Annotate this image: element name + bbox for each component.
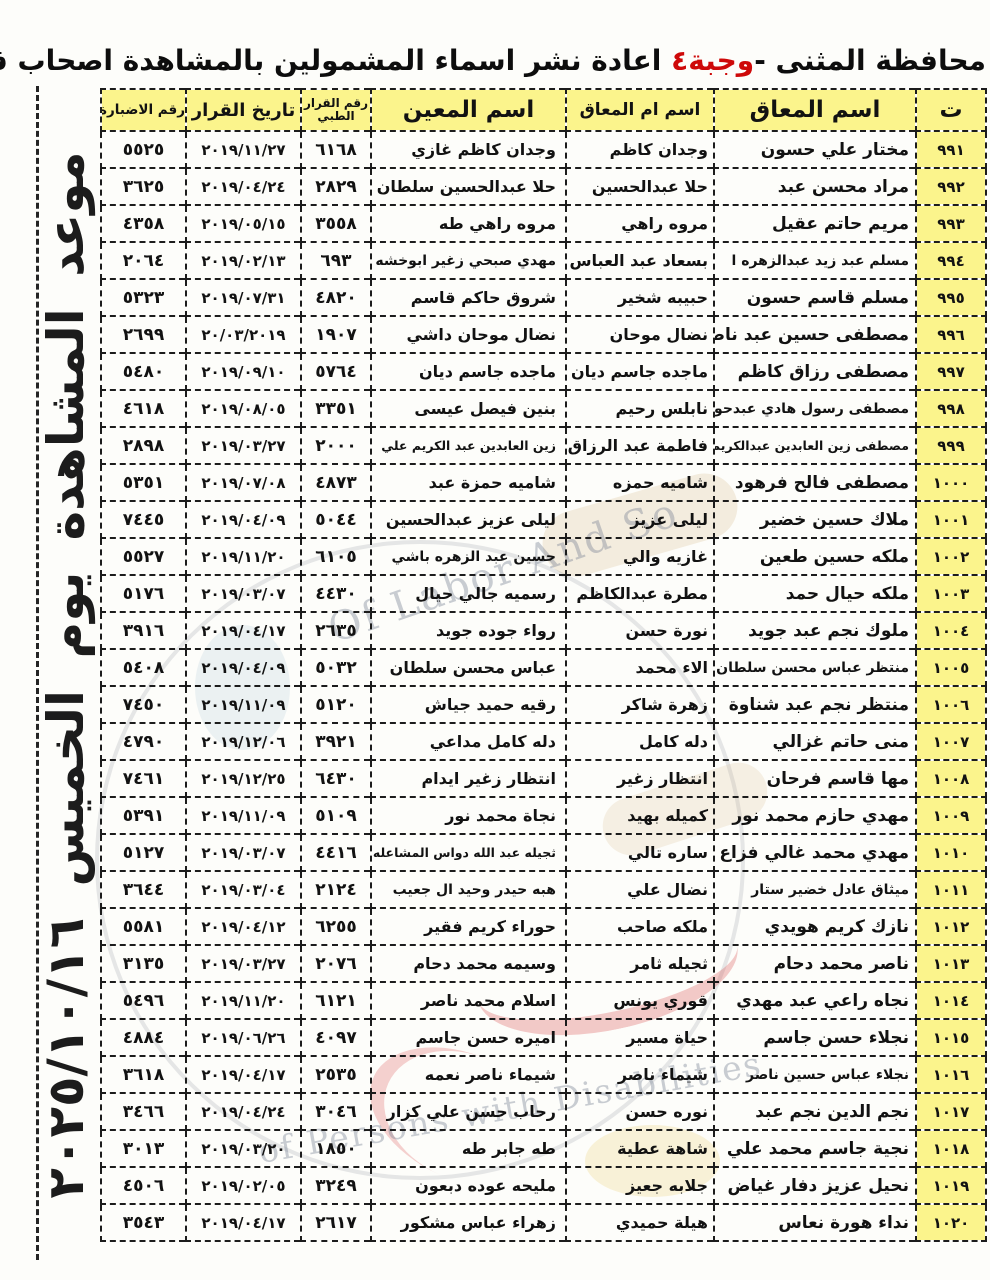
table-row: ٩٩٥مسلم قاسم حسونحبيبه شخيرشروق حاكم قاس… [101, 279, 986, 316]
row-number-cell: ١٠٠١ [916, 501, 986, 538]
decision-date-cell: ٢٠١٩/١١/٠٩ [186, 797, 301, 834]
disabled-name-cell: مهدي حازم محمد نور [714, 797, 916, 834]
caregiver-name-cell: وجدان كاظم غازي [371, 131, 566, 168]
mother-name-cell: نضال موحان [566, 316, 714, 353]
row-number-cell: ٩٩٣ [916, 205, 986, 242]
mother-name-cell: نضال علي [566, 871, 714, 908]
table-row: ١٠٠٦منتظر نجم عبد شناوةزهرة شاكررقيه حمي… [101, 686, 986, 723]
mother-name-cell: بسعاد عبد العباس [566, 242, 714, 279]
disabled-name-cell: ملاك حسين خضير [714, 501, 916, 538]
mother-name-cell: هيلة حميدي [566, 1204, 714, 1241]
caregiver-name-cell: مليحه عوده دبعون [371, 1167, 566, 1204]
decision-number-cell: ٤٤١٦ [301, 834, 371, 871]
decision-date-cell: ٢٠١٩/١٢/٠٦ [186, 723, 301, 760]
decision-date-cell: ٢٠١٩/٠٨/٠٥ [186, 390, 301, 427]
caregiver-name-cell: اميره حسن جاسم [371, 1019, 566, 1056]
table-header-row: ت اسم المعاق اسم ام المعاق اسم المعين رق… [101, 89, 986, 131]
table-row: ١٠٠٨مها قاسم فرحانانتظار زغيرانتظار زغير… [101, 760, 986, 797]
decision-date-cell: ٢٠١٩/٠٢/٠٥ [186, 1167, 301, 1204]
beneficiaries-table: ت اسم المعاق اسم ام المعاق اسم المعين رق… [100, 88, 987, 1242]
mother-name-cell: مطرة عبدالكاظم [566, 575, 714, 612]
table-row: ١٠١٩نحيل عزيز دفار غياضجلابه جعيزمليحه ع… [101, 1167, 986, 1204]
disabled-name-cell: مصطفى رسول هادي عبدحورا [714, 390, 916, 427]
decision-number-cell: ٣٥٥٨ [301, 205, 371, 242]
row-number-cell: ١٠١٧ [916, 1093, 986, 1130]
disabled-name-cell: ملوك نجم عبد جويد [714, 612, 916, 649]
row-number-cell: ١٠١٥ [916, 1019, 986, 1056]
file-number-cell: ٥٤٠٨ [101, 649, 186, 686]
decision-number-cell: ٢٨٢٩ [301, 168, 371, 205]
decision-date-cell: ٢٠١٩/٠٤/٢٤ [186, 168, 301, 205]
row-number-cell: ١٠٠٤ [916, 612, 986, 649]
column-header-caregiver-name: اسم المعين [371, 89, 566, 131]
decision-date-cell: ٢٠١٩/٠٧/٣١ [186, 279, 301, 316]
disabled-name-cell: منى حاتم غزالي [714, 723, 916, 760]
file-number-cell: ٧٤٦١ [101, 760, 186, 797]
disabled-name-cell: ملكه حيال حمد [714, 575, 916, 612]
row-number-cell: ٩٩٨ [916, 390, 986, 427]
column-header-decision-date: تاريخ القرار [186, 89, 301, 131]
file-number-cell: ٢٦٩٩ [101, 316, 186, 353]
file-number-cell: ٥٣٩١ [101, 797, 186, 834]
caregiver-name-cell: ليلى عزيز عبدالحسين [371, 501, 566, 538]
disabled-name-cell: منتظر نجم عبد شناوة [714, 686, 916, 723]
caregiver-name-cell: رواء جوده جويد [371, 612, 566, 649]
caregiver-name-cell: اسلام محمد ناصر [371, 982, 566, 1019]
decision-number-cell: ٦١٠٥ [301, 538, 371, 575]
disabled-name-cell: مختار علي حسون [714, 131, 916, 168]
mother-name-cell: حبيبه شخير [566, 279, 714, 316]
row-number-cell: ٩٩٢ [916, 168, 986, 205]
table-row: ١٠١٥نجلاء حسن جاسمحياة مسيراميره حسن جاس… [101, 1019, 986, 1056]
decision-date-cell: ٢٠١٩/٠٤/٠٩ [186, 649, 301, 686]
file-number-cell: ٧٤٥٠ [101, 686, 186, 723]
decision-number-cell: ٦٩٣ [301, 242, 371, 279]
row-number-cell: ١٠١٦ [916, 1056, 986, 1093]
disabled-name-cell: نجاه راعي عبد مهدي [714, 982, 916, 1019]
mother-name-cell: ليلى عزيز [566, 501, 714, 538]
caregiver-name-cell: زين العابدين عبد الكريم علي [371, 427, 566, 464]
file-number-cell: ٤٦١٨ [101, 390, 186, 427]
mother-name-cell: شاميه حمزه [566, 464, 714, 501]
decision-date-cell: ٢٠/٠٣/٢٠١٩ [186, 316, 301, 353]
table-row: ٩٩٤مسلم عبد زيد عبدالزهره ابسعاد عبد الع… [101, 242, 986, 279]
table-row: ٩٩٩مصطفى زين العابدين عبدالكريمفاطمة عبد… [101, 427, 986, 464]
caregiver-name-cell: عباس محسن سلطان [371, 649, 566, 686]
caregiver-name-cell: مروه راهي طه [371, 205, 566, 242]
decision-number-cell: ٢٠٧٦ [301, 945, 371, 982]
mother-name-cell: نابلس رحيم [566, 390, 714, 427]
row-number-cell: ٩٩٧ [916, 353, 986, 390]
mother-name-cell: ثجيله ثامر [566, 945, 714, 982]
mother-name-cell: حلا عبدالحسين [566, 168, 714, 205]
mother-name-cell: ساره تالي [566, 834, 714, 871]
decision-number-cell: ٣٣٥١ [301, 390, 371, 427]
table-row: ١٠١٦نجلاء عباس حسين ناصرشيماء ناصرشيماء … [101, 1056, 986, 1093]
decision-number-cell: ٥١٢٠ [301, 686, 371, 723]
decision-number-cell: ٥٠٣٢ [301, 649, 371, 686]
table-row: ١٠٠٣ملكه حيال حمدمطرة عبدالكاظمرسميه جال… [101, 575, 986, 612]
disabled-name-cell: مها قاسم فرحان [714, 760, 916, 797]
decision-number-cell: ٣٩٢١ [301, 723, 371, 760]
table-row: ٩٩٨مصطفى رسول هادي عبدحورانابلس رحيمبنين… [101, 390, 986, 427]
decision-number-cell: ١٩٠٧ [301, 316, 371, 353]
table-row: ١٠٠٩مهدي حازم محمد نوركميله بهيدنجاة محم… [101, 797, 986, 834]
disabled-name-cell: نجلاء حسن جاسم [714, 1019, 916, 1056]
mother-name-cell: حياة مسير [566, 1019, 714, 1056]
decision-number-cell: ١٨٥٠ [301, 1130, 371, 1167]
caregiver-name-cell: زهراء عباس مشكور [371, 1204, 566, 1241]
row-number-cell: ١٠١٤ [916, 982, 986, 1019]
row-number-cell: ١٠٠٣ [916, 575, 986, 612]
table-row: ١٠٠٥منتظر عباس محسن سلطانالاء محمدعباس م… [101, 649, 986, 686]
caregiver-name-cell: دله كامل مداعي [371, 723, 566, 760]
caregiver-name-cell: هبه حيدر وحيد ال جعيب [371, 871, 566, 908]
decision-number-cell: ٢١٢٤ [301, 871, 371, 908]
decision-number-cell: ٣٢٤٩ [301, 1167, 371, 1204]
table-row: ٩٩٧مصطفى رزاق كاظمماجده جاسم ديانماجده ج… [101, 353, 986, 390]
decision-date-cell: ٢٠١٩/٠٣/٢٠ [186, 1130, 301, 1167]
decision-number-cell: ٥٧٦٤ [301, 353, 371, 390]
decision-date-cell: ٢٠١٩/٠٣/٢٧ [186, 427, 301, 464]
decision-date-cell: ٢٠١٩/٠٣/٠٧ [186, 834, 301, 871]
caregiver-name-cell: بنين فيصل عيسى [371, 390, 566, 427]
mother-name-cell: كميله بهيد [566, 797, 714, 834]
caregiver-name-cell: ماجده جاسم ديان [371, 353, 566, 390]
file-number-cell: ٣٦١٨ [101, 1056, 186, 1093]
decision-number-cell: ٢٠٠٠ [301, 427, 371, 464]
table-row: ١٠٠٢ملكه حسين طعينغازيه واليحسين عبد الز… [101, 538, 986, 575]
file-number-cell: ٥٣٥١ [101, 464, 186, 501]
file-number-cell: ٣٠١٣ [101, 1130, 186, 1167]
mother-name-cell: فاطمة عبد الرزاق [566, 427, 714, 464]
disabled-name-cell: نجم الدين نجم عبد [714, 1093, 916, 1130]
table-row: ١٠٠١ملاك حسين خضيرليلى عزيزليلى عزيز عبد… [101, 501, 986, 538]
disabled-name-cell: مسلم عبد زيد عبدالزهره ا [714, 242, 916, 279]
column-header-disabled-name: اسم المعاق [714, 89, 916, 131]
row-number-cell: ١٠٢٠ [916, 1204, 986, 1241]
table-row: ٩٩٣مريم حاتم عقيلمروه راهيمروه راهي طه٣٥… [101, 205, 986, 242]
decision-date-cell: ٢٠١٩/٠٤/٢٤ [186, 1093, 301, 1130]
caregiver-name-cell: رسميه جالي حيال [371, 575, 566, 612]
file-number-cell: ٣٤٦٦ [101, 1093, 186, 1130]
decision-number-cell: ٢٥٣٥ [301, 1056, 371, 1093]
caregiver-name-cell: رقيه حميد جياش [371, 686, 566, 723]
disabled-name-cell: مصطفى رزاق كاظم [714, 353, 916, 390]
caregiver-name-cell: حلا عبدالحسين سلطان [371, 168, 566, 205]
decision-date-cell: ٢٠١٩/١١/٠٩ [186, 686, 301, 723]
disabled-name-cell: منتظر عباس محسن سلطان [714, 649, 916, 686]
table-row: ١٠١٣ناصر محمد دحامثجيله ثامروسيمه محمد د… [101, 945, 986, 982]
column-header-serial: ت [916, 89, 986, 131]
disabled-name-cell: نداء هورة نعاس [714, 1204, 916, 1241]
file-number-cell: ٥٣٢٣ [101, 279, 186, 316]
disabled-name-cell: مراد محسن عبد [714, 168, 916, 205]
file-number-cell: ٣٦٢٥ [101, 168, 186, 205]
mother-name-cell: دله كامل [566, 723, 714, 760]
decision-number-cell: ٦٢٥٥ [301, 908, 371, 945]
row-number-cell: ١٠١١ [916, 871, 986, 908]
decision-number-cell: ٦٤٣٠ [301, 760, 371, 797]
table-row: ١٠٠٠مصطفى فالح فرهودشاميه حمزهشاميه حمزة… [101, 464, 986, 501]
decision-number-cell: ٢٦١٧ [301, 1204, 371, 1241]
decision-date-cell: ٢٠١٩/٠٥/١٥ [186, 205, 301, 242]
file-number-cell: ٤٨٨٤ [101, 1019, 186, 1056]
disabled-name-cell: ميثاق عادل خضير ستار [714, 871, 916, 908]
decision-date-cell: ٢٠١٩/٠٤/١٧ [186, 612, 301, 649]
row-number-cell: ١٠٠٧ [916, 723, 986, 760]
caregiver-name-cell: رحاب حسن علي كزار [371, 1093, 566, 1130]
caregiver-name-cell: شيماء ناصر نعمه [371, 1056, 566, 1093]
table-row: ١٠١٢نازك كريم هويديملكه صاحبحوراء كريم ف… [101, 908, 986, 945]
decision-number-cell: ٤٨٧٣ [301, 464, 371, 501]
disabled-name-cell: نحيل عزيز دفار غياض [714, 1167, 916, 1204]
table-row: ١٠٠٤ملوك نجم عبد جويدنورة حسنرواء جوده ج… [101, 612, 986, 649]
mother-name-cell: قوري يونس [566, 982, 714, 1019]
column-header-medical-decision-number: رقم القرار الطبي [301, 89, 371, 131]
decision-date-cell: ٢٠١٩/٠٣/٢٧ [186, 945, 301, 982]
mother-name-cell: غازيه والي [566, 538, 714, 575]
document-page: محافظة المثنى -وجبة٤ اعادة نشر اسماء الم… [0, 0, 990, 1280]
row-number-cell: ١٠٠٠ [916, 464, 986, 501]
file-number-cell: ٣٦٤٤ [101, 871, 186, 908]
table-row: ٩٩٦مصطفى حسين عبد ناصرنضال موحاننضال موح… [101, 316, 986, 353]
table-row: ١٠١١ميثاق عادل خضير ستارنضال عليهبه حيدر… [101, 871, 986, 908]
file-number-cell: ٥٤٩٦ [101, 982, 186, 1019]
page-title: محافظة المثنى -وجبة٤ اعادة نشر اسماء الم… [50, 44, 986, 77]
file-number-cell: ٣٥٤٣ [101, 1204, 186, 1241]
decision-date-cell: ٢٠١٩/١١/٢٠ [186, 982, 301, 1019]
table-row: ١٠١٧نجم الدين نجم عبدنوره حسنرحاب حسن عل… [101, 1093, 986, 1130]
disabled-name-cell: مريم حاتم عقيل [714, 205, 916, 242]
caregiver-name-cell: انتظار زغير ايدام [371, 760, 566, 797]
disabled-name-cell: مصطفى زين العابدين عبدالكريم [714, 427, 916, 464]
file-number-cell: ٣٩١٦ [101, 612, 186, 649]
disabled-name-cell: نجية جاسم محمد علي [714, 1130, 916, 1167]
file-number-cell: ٥١٧٦ [101, 575, 186, 612]
decision-date-cell: ٢٠١٩/٠٧/٠٨ [186, 464, 301, 501]
row-number-cell: ١٠٠٥ [916, 649, 986, 686]
file-number-cell: ٥١٢٧ [101, 834, 186, 871]
decision-number-cell: ٥١٠٩ [301, 797, 371, 834]
mother-name-cell: ملكه صاحب [566, 908, 714, 945]
mother-name-cell: نوره حسن [566, 1093, 714, 1130]
decision-number-cell: ٢٦٣٥ [301, 612, 371, 649]
decision-number-cell: ٤٠٩٧ [301, 1019, 371, 1056]
table-row: ١٠١٨نجية جاسم محمد عليشاهة عطيةطه جابر ط… [101, 1130, 986, 1167]
mother-name-cell: وجدان كاظم [566, 131, 714, 168]
mother-name-cell: جلابه جعيز [566, 1167, 714, 1204]
row-number-cell: ١٠١٨ [916, 1130, 986, 1167]
disabled-name-cell: مصطفى حسين عبد ناصر [714, 316, 916, 353]
row-number-cell: ١٠٠٦ [916, 686, 986, 723]
mother-name-cell: مروه راهي [566, 205, 714, 242]
decision-date-cell: ٢٠١٩/٠٦/٢٦ [186, 1019, 301, 1056]
row-number-cell: ٩٩٦ [916, 316, 986, 353]
decision-date-cell: ٢٠١٩/٠٣/٠٧ [186, 575, 301, 612]
caregiver-name-cell: حوراء كريم فقير [371, 908, 566, 945]
file-number-cell: ٢٨٩٨ [101, 427, 186, 464]
decision-date-cell: ٢٠١٩/١٢/٢٥ [186, 760, 301, 797]
row-number-cell: ١٠١٢ [916, 908, 986, 945]
file-number-cell: ٥٥٢٧ [101, 538, 186, 575]
mother-name-cell: الاء محمد [566, 649, 714, 686]
decision-date-cell: ٢٠١٩/٠٣/٠٤ [186, 871, 301, 908]
caregiver-name-cell: شروق حاكم قاسم [371, 279, 566, 316]
caregiver-name-cell: ثجيله عبد الله دواس المشاعله [371, 834, 566, 871]
file-number-cell: ٤٥٠٦ [101, 1167, 186, 1204]
disabled-name-cell: نجلاء عباس حسين ناصر [714, 1056, 916, 1093]
file-number-cell: ٥٤٨٠ [101, 353, 186, 390]
disabled-name-cell: مهدي محمد غالي فزاع [714, 834, 916, 871]
table-row: ٩٩٢مراد محسن عبدحلا عبدالحسينحلا عبدالحس… [101, 168, 986, 205]
disabled-name-cell: ملكه حسين طعين [714, 538, 916, 575]
disabled-name-cell: مسلم قاسم حسون [714, 279, 916, 316]
row-number-cell: ١٠١٩ [916, 1167, 986, 1204]
table-body: ٩٩١مختار علي حسونوجدان كاظموجدان كاظم غا… [101, 131, 986, 1241]
table-row: ٩٩١مختار علي حسونوجدان كاظموجدان كاظم غا… [101, 131, 986, 168]
column-header-mother-name: اسم ام المعاق [566, 89, 714, 131]
decision-number-cell: ٥٠٤٤ [301, 501, 371, 538]
caregiver-name-cell: شاميه حمزة عبد [371, 464, 566, 501]
caregiver-name-cell: حسين عبد الزهره باشي [371, 538, 566, 575]
decision-number-cell: ٤٤٣٠ [301, 575, 371, 612]
decision-date-cell: ٢٠١٩/٠٤/١٢ [186, 908, 301, 945]
viewing-date-text: موعد المشاهدة يوم الخميس ٢٠٢٥/١٠/١٦ [37, 151, 95, 1198]
mother-name-cell: انتظار زغير [566, 760, 714, 797]
file-number-cell: ٧٤٤٥ [101, 501, 186, 538]
mother-name-cell: ماجده جاسم ديان [566, 353, 714, 390]
row-number-cell: ١٠٠٩ [916, 797, 986, 834]
table-row: ١٠٢٠نداء هورة نعاسهيلة حميديزهراء عباس م… [101, 1204, 986, 1241]
row-number-cell: ٩٩٤ [916, 242, 986, 279]
title-prefix: محافظة المثنى - [754, 44, 986, 77]
decision-number-cell: ٦١٢١ [301, 982, 371, 1019]
column-header-file-number: رقم الاضبارة [101, 89, 186, 131]
row-number-cell: ١٠١٣ [916, 945, 986, 982]
caregiver-name-cell: نجاة محمد نور [371, 797, 566, 834]
decision-date-cell: ٢٠١٩/٠٤/١٧ [186, 1056, 301, 1093]
decision-number-cell: ٣٠٤٦ [301, 1093, 371, 1130]
mother-name-cell: نورة حسن [566, 612, 714, 649]
decision-date-cell: ٢٠١٩/١١/٢٧ [186, 131, 301, 168]
caregiver-name-cell: وسيمه محمد دحام [371, 945, 566, 982]
file-number-cell: ٤٣٥٨ [101, 205, 186, 242]
decision-number-cell: ٤٨٢٠ [301, 279, 371, 316]
decision-date-cell: ٢٠١٩/٠٢/١٣ [186, 242, 301, 279]
row-number-cell: ١٠١٠ [916, 834, 986, 871]
row-number-cell: ٩٩٩ [916, 427, 986, 464]
table-row: ١٠١٠مهدي محمد غالي فزاعساره تاليثجيله عب… [101, 834, 986, 871]
mother-name-cell: شاهة عطية [566, 1130, 714, 1167]
title-batch: وجبة٤ [671, 44, 754, 77]
decision-date-cell: ٢٠١٩/٠٤/٠٩ [186, 501, 301, 538]
decision-date-cell: ٢٠١٩/١١/٢٠ [186, 538, 301, 575]
row-number-cell: ٩٩٥ [916, 279, 986, 316]
row-number-cell: ٩٩١ [916, 131, 986, 168]
row-number-cell: ١٠٠٢ [916, 538, 986, 575]
file-number-cell: ٤٧٩٠ [101, 723, 186, 760]
disabled-name-cell: نازك كريم هويدي [714, 908, 916, 945]
title-middle: اعادة نشر اسماء المشمولين بالمشاهدة اصحا… [0, 44, 671, 77]
table-row: ١٠٠٧منى حاتم غزاليدله كاملدله كامل مداعي… [101, 723, 986, 760]
file-number-cell: ٥٥٨١ [101, 908, 186, 945]
file-number-cell: ٥٥٢٥ [101, 131, 186, 168]
disabled-name-cell: ناصر محمد دحام [714, 945, 916, 982]
decision-number-cell: ٦١٦٨ [301, 131, 371, 168]
mother-name-cell: زهرة شاكر [566, 686, 714, 723]
file-number-cell: ٢٠٦٤ [101, 242, 186, 279]
decision-date-cell: ٢٠١٩/٠٩/١٠ [186, 353, 301, 390]
file-number-cell: ٣١٣٥ [101, 945, 186, 982]
decision-date-cell: ٢٠١٩/٠٤/١٧ [186, 1204, 301, 1241]
row-number-cell: ١٠٠٨ [916, 760, 986, 797]
disabled-name-cell: مصطفى فالح فرهود [714, 464, 916, 501]
table-row: ١٠١٤نجاه راعي عبد مهديقوري يونساسلام محم… [101, 982, 986, 1019]
caregiver-name-cell: طه جابر طه [371, 1130, 566, 1167]
caregiver-name-cell: مهدي صبحي زغير ابوخشه [371, 242, 566, 279]
mother-name-cell: شيماء ناصر [566, 1056, 714, 1093]
viewing-date-banner: موعد المشاهدة يوم الخميس ٢٠٢٥/١٠/١٦ [30, 95, 102, 1255]
caregiver-name-cell: نضال موحان داشي [371, 316, 566, 353]
